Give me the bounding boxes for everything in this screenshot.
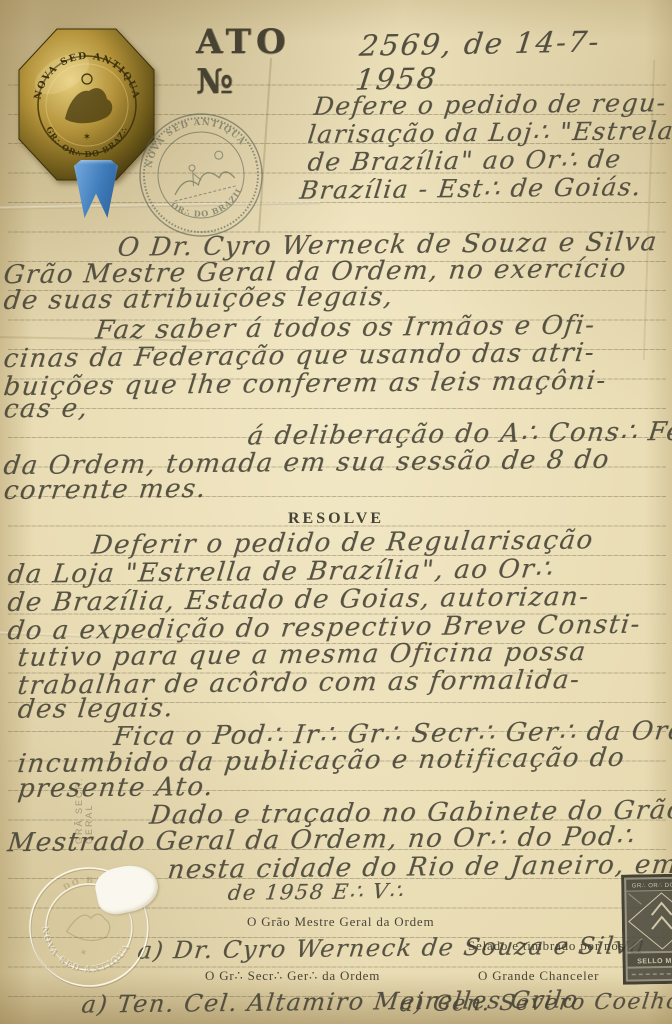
body-line: buições que lhe conferem as leis maçôni- <box>2 366 608 402</box>
masonic-revenue-stamp: GR∴ OR∴ DO BRA SELLO MAÇ∴ <box>621 873 672 984</box>
gold-seal-star-icon: ✶ <box>83 132 91 143</box>
act-number-handwritten: 2569, de 14-7-1958 <box>353 23 672 96</box>
resolve-line: de 1958 E∴ V∴ <box>227 879 406 905</box>
revenue-stamp-bottom-text: SELLO MAÇ∴ <box>637 958 672 966</box>
secretary-label: O Gr∴ Secr∴ Ger∴ da Ordem <box>205 968 380 984</box>
chancellor-label: O Grande Chanceler <box>478 968 599 984</box>
scanned-document-page: ATO № 2569, de 14-7-1958 NOVA SED ANTIQU… <box>0 0 672 1024</box>
chancellor-signature: a) Gen. Severo Coelho de Souza <box>398 988 672 1017</box>
body-line: cas e, <box>2 394 90 425</box>
body-line: de suas atribuições legais, <box>2 282 395 316</box>
resolve-line: nesta cidade do Rio de Janeiro, em 14 de <box>166 849 672 885</box>
resolve-line: des legais. <box>16 693 175 725</box>
grand-master-label: O Grão Mestre Geral da Ordem <box>247 914 434 930</box>
emboss-seal-star-icon: ✶ <box>79 947 88 958</box>
act-title-label: ATO № <box>196 22 346 102</box>
summary-line: Brazília - Est∴ de Goiás. <box>298 172 643 205</box>
body-line: corrente mes. <box>2 474 208 506</box>
revenue-stamp-top-text: GR∴ OR∴ DO BRA <box>632 882 672 889</box>
summary-line: de Brazília" ao Or∴ de <box>306 144 623 176</box>
sealed-note: Selado e timbrado por nós <box>468 938 624 954</box>
resolve-line: presente Ato. <box>16 772 215 804</box>
blue-ribbon <box>74 160 118 218</box>
margin-office-stamp: GRÃ SECR. GERAL <box>74 748 94 844</box>
